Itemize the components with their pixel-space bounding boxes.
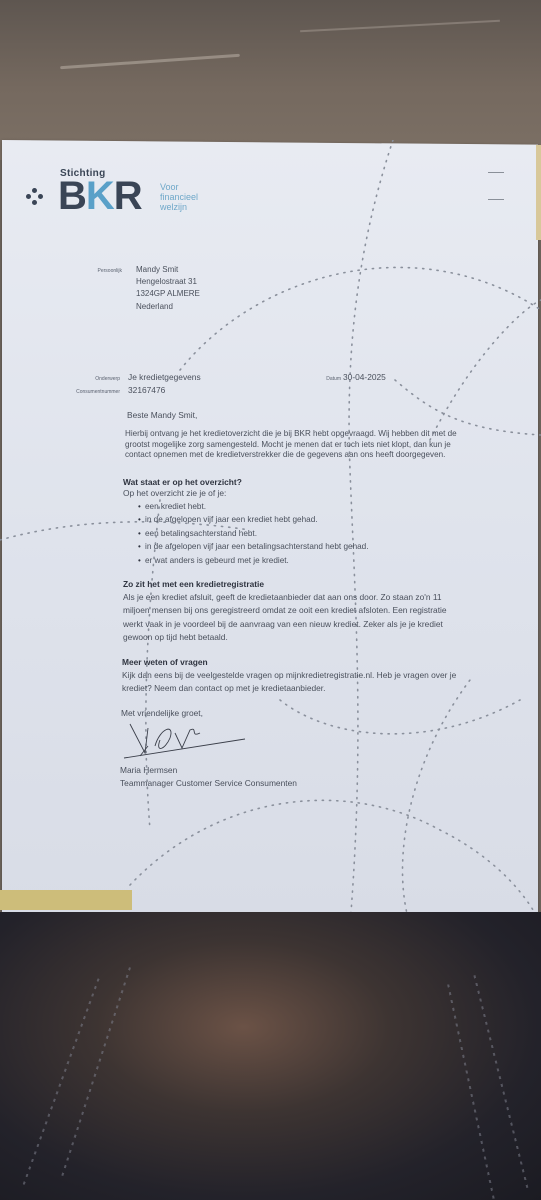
list-item: een krediet hebt.: [120, 500, 369, 513]
wooden-table-background: [0, 0, 541, 160]
list-item: een betalingsachterstand hebt.: [120, 527, 369, 540]
section-heading-registration: Zo zit het met een kredietregistratie: [123, 578, 264, 591]
signer-title: Teammanager Customer Service Consumenten: [120, 777, 297, 790]
bkr-logo-mark-icon: [26, 188, 44, 206]
consumer-number-label: Consumentnummer: [50, 389, 120, 395]
bkr-logo: Stichting BKR Voor financieel welzijn: [22, 168, 242, 218]
logo-tagline: Voor financieel welzijn: [160, 182, 198, 212]
intro-paragraph: Hierbij ontvang je het kredietoverzicht …: [125, 429, 457, 461]
signature: [120, 718, 250, 763]
registration-paragraph: Als je een krediet afsluit, geeft de kre…: [123, 591, 447, 644]
recipient-label: Persoonlijk: [52, 268, 122, 274]
overview-lead: Op het overzicht zie je of je:: [123, 487, 226, 500]
overview-bullet-list: een krediet hebt. in de afgelopen vijf j…: [120, 500, 369, 567]
recipient-name: Mandy Smit: [136, 264, 200, 276]
subject-value: Je kredietgegevens: [128, 371, 201, 384]
recipient-country: Nederland: [136, 301, 200, 313]
date-label: Datum: [271, 376, 341, 382]
recipient-city: 1324GP ALMERE: [136, 288, 200, 300]
consumer-number-value: 32167476: [128, 384, 165, 397]
signer-name: Maria Hermsen: [120, 764, 297, 777]
questions-paragraph: Kijk dan eens bij de veelgestelde vragen…: [122, 669, 456, 696]
background-clothing: [0, 912, 541, 1200]
logo-wordmark: BKR: [58, 174, 142, 219]
signer-block: Maria Hermsen Teammanager Customer Servi…: [120, 764, 297, 791]
date-value: 30-04-2025: [343, 371, 386, 384]
list-item: er wat anders is gebeurd met je krediet.: [120, 554, 369, 567]
section-heading-questions: Meer weten of vragen: [122, 656, 208, 669]
list-item: in de afgelopen vijf jaar een krediet he…: [120, 513, 369, 526]
salutation: Beste Mandy Smit,: [127, 409, 197, 422]
folder-edge: [0, 890, 132, 910]
header-mark: [488, 172, 504, 173]
subject-label: Onderwerp: [50, 376, 120, 382]
paper-edge: [536, 145, 541, 240]
list-item: in de afgelopen vijf jaar een betalingsa…: [120, 540, 369, 553]
recipient-address: Mandy Smit Hengelostraat 31 1324GP ALMER…: [136, 264, 200, 313]
header-mark: [488, 199, 504, 200]
recipient-street: Hengelostraat 31: [136, 276, 200, 288]
